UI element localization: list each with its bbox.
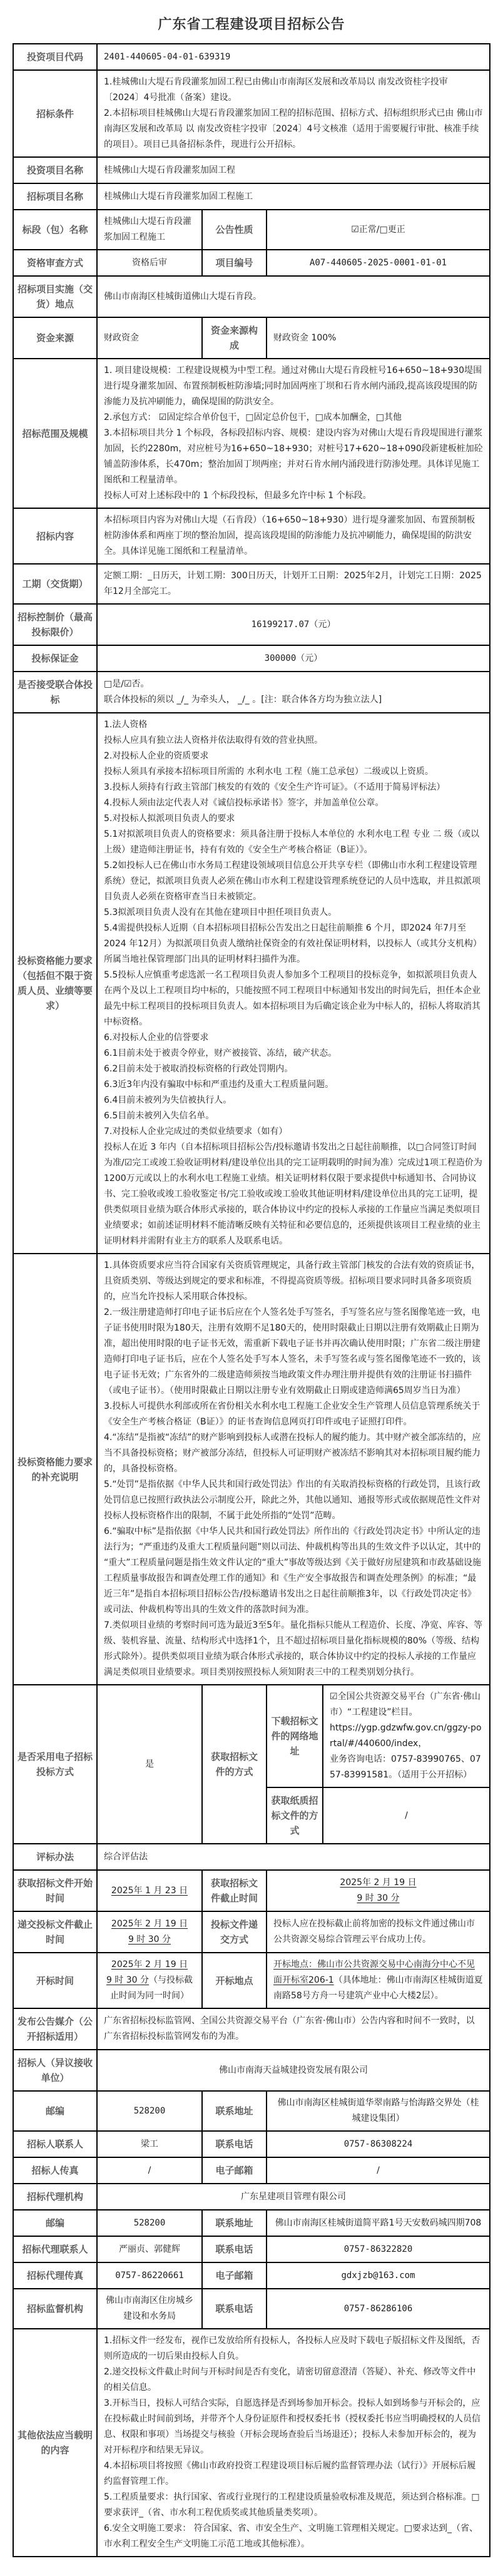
table-row: 招标条件 1.桂城佛山大堤石肯段灌浆加固工程已由佛山市南海区发展和改革局以 南发… [13,70,490,157]
label-obtain-method: 获取招标文件的方式 [202,1685,267,1844]
value-download-url: ☑全国公共资源交易平台（广东省·佛山市）“工程建设”栏目。 https://yg… [323,1685,490,1787]
value-tenderer-fax: / [97,2157,202,2184]
value-opening-place: 开标地点：佛山市公共资源交易中心南海分中心不见面开标室206-1（具体地址：佛山… [267,1953,490,2008]
value-tenderer-address: 佛山市南海区桂城街道华翠南路与怡海路交界处（桂城建设集团） [267,2091,490,2131]
table-row: 工期（交货期） 定额工期：_日历天，计划工期：300日历天，计划开工日期：202… [13,564,490,604]
value-doc-start-time: 2025年 1 月 23 日 [97,1870,202,1911]
value-agency-email: gdxjzb@163.com [267,2262,490,2289]
table-row: 招标范围及规模 1. 项目建设规模：工程建设规模为中型工程。通过对佛山大堤石肯段… [13,359,490,508]
value-submit-deadline: 2025年 2 月 19 日 9 时 30 分 [97,1911,202,1953]
label-section-name: 标段（包）名称 [13,210,97,250]
value-tenderer-postcode: 528200 [97,2091,202,2131]
value-agency-fax: 0757-86220661 [97,2262,202,2289]
value-section-name: 桂城佛山大堤石肯段灌浆加固工程施工 [97,210,202,250]
value-qualification-supplement: 1.具体资质要求应当符合国家有关资质管理规定，具备行政主管部门核发的合法有效的资… [97,1254,490,1685]
label-agency-email: 电子邮箱 [202,2262,267,2289]
value-agency-address: 佛山市南海区桂城街道简平路1号天安数码城四期708 [267,2210,490,2236]
label-doc-start-time: 获取招标文件开始时间 [13,1870,97,1911]
label-tender-content: 招标内容 [13,508,97,564]
label-opening-place: 开标地点 [202,1953,267,2008]
label-submit-deadline: 递交投标文件截止时间 [13,1911,97,1953]
table-row: 招标代理传真 0757-86220661 电子邮箱 gdxjzb@163.com [13,2262,490,2289]
value-bid-bond: 300000（元） [97,645,490,672]
label-qualification-review: 资格审查方式 [13,250,97,276]
value-control-price: 16199217.07（元） [97,604,490,645]
label-agency: 招标代理机构 [13,2184,97,2210]
value-qualification-review: 资格后审 [97,250,202,276]
value-tenderer: 佛山市南海天益城建投资发展有限公司 [97,2050,490,2091]
value-tender-name: 桂城佛山大堤石肯段灌浆加固工程施工 [97,183,490,210]
label-doc-deadline: 获取招标文件截止时间 [202,1870,267,1911]
label-qualification-supplement: 投标资格能力要求的补充说明 [13,1254,97,1685]
table-row: 招标控制价（最高投标限价） 16199217.07（元） [13,604,490,645]
table-row: 标段（包）名称 桂城佛山大堤石肯段灌浆加固工程施工 公告性质 ☑正常/□更正 [13,210,490,250]
value-investment-code: 2401-440605-04-01-639319 [97,44,490,70]
table-row: 招标代理联系人 严丽贞、郭健辉 联系电话 0757-86322820 [13,2236,490,2262]
label-tender-conditions: 招标条件 [13,70,97,157]
table-row: 招标人联系人 梁工 联系电话 0757-86308224 [13,2131,490,2157]
label-control-price: 招标控制价（最高投标限价） [13,604,97,645]
table-row: 递交投标文件截止时间 2025年 2 月 19 日 9 时 30 分 投标文件递… [13,1911,490,1953]
value-tenderer-phone: 0757-86308224 [267,2131,490,2157]
value-investment-name: 桂城佛山大堤石肯段灌浆加固工程 [97,157,490,183]
value-other-content: 1.招标文件一经发布，视作已发放给所有投标人，各投标人应及时下载电子版招标文件及… [97,2329,490,2557]
label-agency-fax: 招标代理传真 [13,2262,97,2289]
label-duration: 工期（交货期） [13,564,97,604]
table-row: 邮编 528200 联系地址 佛山市南海区桂城街道华翠南路与怡海路交界处（桂城建… [13,2091,490,2131]
table-row: 其他依法应当载明的内容 1.招标文件一经发布，视作已发放给所有投标人，各投标人应… [13,2329,490,2557]
value-announcement-media: 广东省招标投标监管网、全国公共资源交易平台（广东省·佛山市）公告内容和时间不一致… [97,2008,490,2050]
label-qualification-requirements: 投标资格能力要求（包括但不限于资质人员、业绩等要求） [13,713,97,1254]
value-paper-method: / [323,1787,490,1844]
value-tender-content: 本招标项目内容为对佛山大堤（石肯段）（16+650~18+930）进行堤身灌浆加… [97,508,490,564]
table-row: 是否采用电子招标投标方式 是 获取招标文件的方式 下载招标文件的网络地址 ☑全国… [13,1685,490,1787]
table-row: 投标资格能力要求（包括但不限于资质人员、业绩等要求） 1.法人资格 投标人应具有… [13,713,490,1254]
table-row: 投标保证金 300000（元） [13,645,490,672]
label-paper-method: 获取纸质招标文件的方式 [267,1787,323,1844]
label-agency-postcode: 邮编 [13,2210,97,2236]
value-supervisor: 佛山市南海区住房城乡建设和水务局 [97,2289,202,2329]
label-tenderer-email: 电子邮箱 [202,2157,267,2184]
table-row: 招标内容 本招标项目内容为对佛山大堤（石肯段）（16+650~18+930）进行… [13,508,490,564]
table-row: 投标资格能力要求的补充说明 1.具体资质要求应当符合国家有关资质管理规定，具备行… [13,1254,490,1685]
label-opening-time: 开标时间 [13,1953,97,2008]
value-agency-postcode: 528200 [97,2210,202,2236]
table-row: 招标项目实施（交货）地点 佛山市南海区桂城街道佛山大堤石肯段。 [13,276,490,317]
table-row: 投资项目代码 2401-440605-04-01-639319 [13,44,490,70]
label-agency-phone: 联系电话 [202,2236,267,2262]
value-consortium: □是/☑否。 联合体投标的须以 _/_ 为牵头人， _/_ 。[注：联合体各方均… [97,672,490,713]
label-evaluation-method: 评标办法 [13,1844,97,1870]
value-fund-source: 财政资金 [97,317,202,359]
label-e-bidding: 是否采用电子招标投标方式 [13,1685,97,1844]
value-doc-deadline: 2025年 2 月 19 日 9 时 30 分 [267,1870,490,1911]
value-agency-contact: 严丽贞、郭健辉 [97,2236,202,2262]
value-agency-phone: 0757-86322820 [267,2236,490,2262]
table-row: 投资项目名称 桂城佛山大堤石肯段灌浆加固工程 [13,157,490,183]
table-row: 开标时间 2025年 2 月 19 日 9 时 30 分（与投标截止时间为同一时… [13,1953,490,2008]
table-row: 邮编 528200 联系地址 佛山市南海区桂城街道简平路1号天安数码城四期708 [13,2210,490,2236]
label-tenderer-address: 联系地址 [202,2091,267,2131]
label-supervisor: 招标监督机构 [13,2289,97,2329]
value-submit-method: 投标人应在投标截止前将加密的投标文件通过佛山市公共资源交易综合管理云平台成功上传… [267,1911,490,1953]
label-agency-contact: 招标代理联系人 [13,2236,97,2262]
table-row: 资金来源 财政资金 资金来源构成 财政资金 100% [13,317,490,359]
label-tender-name: 招标项目名称 [13,183,97,210]
value-delivery-location: 佛山市南海区桂城街道佛山大堤石肯段。 [97,276,490,317]
table-row: 发布公告媒介（公开招标适用） 广东省招标投标监管网、全国公共资源交易平台（广东省… [13,2008,490,2050]
value-tender-conditions: 1.桂城佛山大堤石肯段灌浆加固工程已由佛山市南海区发展和改革局以 南发改资桂字投… [97,70,490,157]
label-submit-method: 投标文件递交方式 [202,1911,267,1953]
value-opening-time: 2025年 2 月 19 日 9 时 30 分（与投标截止时间为同一时间） [97,1953,202,2008]
label-other-content: 其他依法应当载明的内容 [13,2329,97,2557]
label-agency-address: 联系地址 [202,2210,267,2236]
label-fund-source: 资金来源 [13,317,97,359]
value-supervisor-phone: 0757-86286106 [267,2289,490,2329]
label-fund-composition: 资金来源构成 [202,317,267,359]
label-announcement-media: 发布公告媒介（公开招标适用） [13,2008,97,2050]
table-row: 招标代理机构 广东星建项目管理有限公司 [13,2184,490,2210]
value-qualification-requirements: 1.法人资格 投标人应具有独立法人资格并依法取得有效的营业执照。 2.对投标人企… [97,713,490,1254]
value-fund-composition: 财政资金 100% [267,317,490,359]
label-delivery-location: 招标项目实施（交货）地点 [13,276,97,317]
value-evaluation-method: 综合评估法 [97,1844,490,1870]
table-row: 招标人（异议接收单位） 佛山市南海天益城建投资发展有限公司 [13,2050,490,2091]
label-notice-nature: 公告性质 [202,210,267,250]
value-tenderer-email: / [267,2157,490,2184]
value-tenderer-contact: 梁工 [97,2131,202,2157]
value-scope: 1. 项目建设规模：工程建设规模为中型工程。通过对佛山大堤石肯段桩号16+650… [97,359,490,508]
label-consortium: 是否接受联合体投标 [13,672,97,713]
table-row: 获取招标文件开始时间 2025年 1 月 23 日 获取招标文件截止时间 202… [13,1870,490,1911]
label-tenderer-phone: 联系电话 [202,2131,267,2157]
label-download-url: 下载招标文件的网络地址 [267,1685,323,1787]
table-row: 评标办法 综合评估法 [13,1844,490,1870]
table-row: 招标监督机构 佛山市南海区住房城乡建设和水务局 联系电话 0757-862861… [13,2289,490,2329]
value-duration: 定额工期：_日历天，计划工期：300日历天，计划开工日期：2025年2月，计划完… [97,564,490,604]
label-investment-code: 投资项目代码 [13,44,97,70]
tender-announcement-page: 广东省工程建设项目招标公告 投资项目代码 2401-440605-04-01-6… [0,0,503,2576]
label-tenderer-contact: 招标人联系人 [13,2131,97,2157]
value-e-bidding: 是 [97,1685,202,1844]
label-tenderer-fax: 招标人传真 [13,2157,97,2184]
label-bid-bond: 投标保证金 [13,645,97,672]
value-notice-nature: ☑正常/□更正 [267,210,490,250]
tender-announcement-table: 投资项目代码 2401-440605-04-01-639319 招标条件 1.桂… [13,43,490,2557]
table-row: 招标人传真 / 电子邮箱 / [13,2157,490,2184]
table-row: 招标项目名称 桂城佛山大堤石肯段灌浆加固工程施工 [13,183,490,210]
table-row: 是否接受联合体投标 □是/☑否。 联合体投标的须以 _/_ 为牵头人， _/_ … [13,672,490,713]
page-title: 广东省工程建设项目招标公告 [0,14,503,33]
value-agency: 广东星建项目管理有限公司 [97,2184,490,2210]
table-row: 资格审查方式 资格后审 项目编号 A07-440605-2025-0001-01… [13,250,490,276]
label-scope: 招标范围及规模 [13,359,97,508]
label-investment-name: 投资项目名称 [13,157,97,183]
label-project-no: 项目编号 [202,250,267,276]
label-tenderer-postcode: 邮编 [13,2091,97,2131]
label-tenderer: 招标人（异议接收单位） [13,2050,97,2091]
label-supervisor-phone: 联系电话 [202,2289,267,2329]
value-project-no: A07-440605-2025-0001-01-01 [267,250,490,276]
